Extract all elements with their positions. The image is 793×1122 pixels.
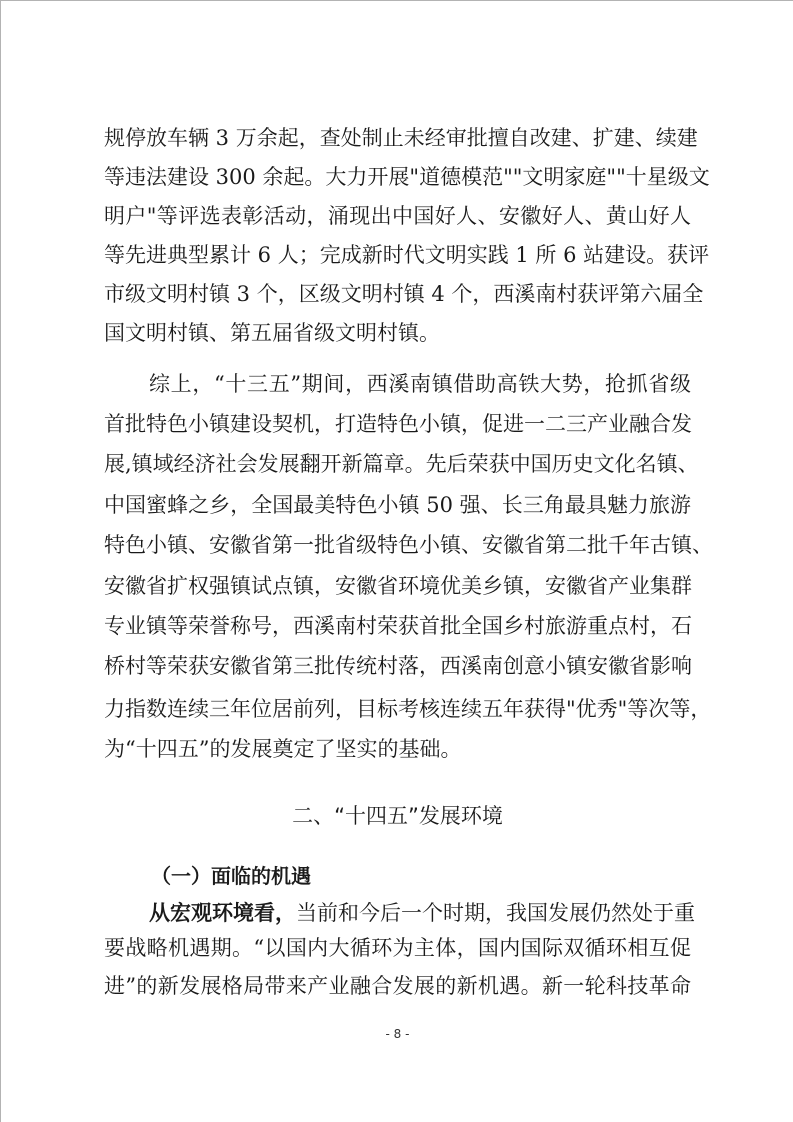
body-text-line: 规停放车辆 3 万余起，查处制止未经审批擅自改建、扩建、续建 <box>104 123 691 153</box>
page-number: - 8 - <box>1 1026 793 1042</box>
body-text-line: 中国蜜蜂之乡，全国最美特色小镇 50 强、长三角最具魅力旅游 <box>104 490 691 520</box>
document-page: 规停放车辆 3 万余起，查处制止未经审批擅自改建、扩建、续建 等违法建设 300… <box>0 0 793 1122</box>
body-text-line: 明户"等评选表彰活动，涌现出中国好人、安徽好人、黄山好人 <box>104 201 691 231</box>
body-text-line: 要战略机遇期。“以国内大循环为主体，国内国际双循环相互促 <box>104 933 691 963</box>
subsection-heading: （一）面临的机遇 <box>151 861 311 891</box>
body-text-line: 从宏观环境看，当前和今后一个时期，我国发展仍然处于重 <box>149 898 691 928</box>
section-heading: 二、“十四五”发展环境 <box>1 801 793 831</box>
body-text-line: 首批特色小镇建设契机，打造特色小镇，促进一二三产业融合发 <box>104 409 691 439</box>
body-text-span: 当前和今后一个时期，我国发展仍然处于重 <box>296 901 695 925</box>
body-text-line: 国文明村镇、第五届省级文明村镇。 <box>104 318 691 348</box>
body-text-line: 综上，“十三五”期间，西溪南镇借助高铁大势，抢抓省级 <box>149 369 691 399</box>
body-text-line: 展,镇域经济社会发展翻开新篇章。先后荣获中国历史文化名镇、 <box>104 449 691 479</box>
body-text-line: 特色小镇、安徽省第一批省级特色小镇、安徽省第二批千年古镇、 <box>104 530 691 560</box>
body-text-line: 安徽省扩权强镇试点镇，安徽省环境优美乡镇，安徽省产业集群 <box>104 571 691 601</box>
bold-lead-phrase: 从宏观环境看， <box>149 901 296 925</box>
body-text-line: 等先进典型累计 6 人；完成新时代文明实践 1 所 6 站建设。获评 <box>104 240 691 270</box>
body-text-line: 等违法建设 300 余起。大力开展"道德模范""文明家庭""十星级文 <box>104 162 691 192</box>
body-text-line: 专业镇等荣誉称号，西溪南村荣获首批全国乡村旅游重点村，石 <box>104 611 691 641</box>
body-text-line: 桥村等荣获安徽省第三批传统村落，西溪南创意小镇安徽省影响 <box>104 651 691 681</box>
body-text-line: 市级文明村镇 3 个，区级文明村镇 4 个，西溪南村获评第六届全 <box>104 279 691 309</box>
body-text-line: 力指数连续三年位居前列，目标考核连续五年获得"优秀"等次等， <box>104 694 691 724</box>
body-text-line: 进”的新发展格局带来产业融合发展的新机遇。新一轮科技革命 <box>104 971 691 1001</box>
body-text-line: 为“十四五”的发展奠定了坚实的基础。 <box>104 734 691 764</box>
